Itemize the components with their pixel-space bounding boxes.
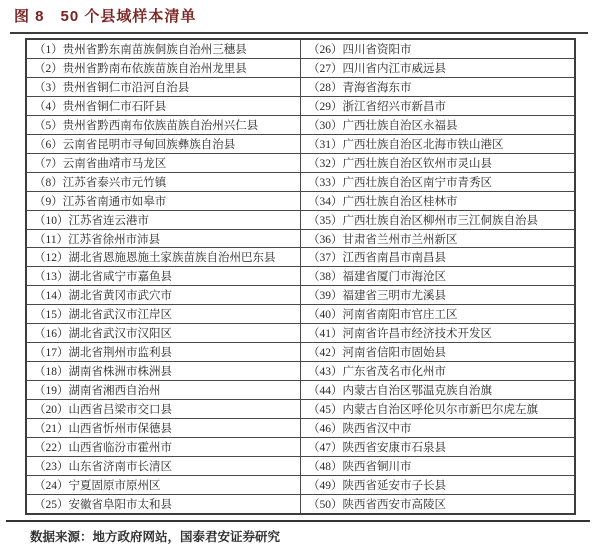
table-row: （18）湖南省株洲市株洲县（43）广东省茂名市化州市 (27, 362, 574, 381)
table-cell-right: （50）陕西省西安市高陵区 (301, 495, 574, 513)
figure-title: 图 8 50 个县域样本清单 (14, 5, 196, 26)
table-row: （12）湖北省恩施恩施土家族苗族自治州巴东县（37）江西省南昌市南昌县 (27, 248, 574, 267)
table-cell-left: （10）江苏省连云港市 (27, 211, 301, 229)
table-cell-right: （33）广西壮族自治区南宁市青秀区 (301, 173, 574, 191)
table-row: （10）江苏省连云港市（35）广西壮族自治区柳州市三江侗族自治县 (27, 211, 574, 230)
table-row: （4）贵州省铜仁市石阡县（29）浙江省绍兴市新昌市 (27, 97, 574, 116)
table-row: （3）贵州省铜仁市沿河自治县（28）青海省海东市 (27, 78, 574, 97)
table-cell-right: （27）四川省内江市威远县 (301, 59, 574, 77)
table-cell-right: （47）陕西省安康市石泉县 (301, 438, 574, 456)
table-cell-left: （8）江苏省泰兴市元竹镇 (27, 173, 301, 191)
table-cell-right: （49）陕西省延安市子长县 (301, 476, 574, 494)
table-cell-right: （39）福建省三明市尤溪县 (301, 286, 574, 304)
table-row: （19）湖南省湘西自治州（44）内蒙古自治区鄂温克族自治旗 (27, 381, 574, 400)
table-cell-left: （14）湖北省黄冈市武穴市 (27, 286, 301, 304)
table-row: （1）贵州省黔东南苗族侗族自治州三穗县（26）四川省资阳市 (27, 40, 574, 59)
table-cell-right: （34）广西壮族自治区桂林市 (301, 192, 574, 210)
table-row: （7）云南省曲靖市马龙区（32）广西壮族自治区钦州市灵山县 (27, 154, 574, 173)
table-cell-left: （5）贵州省黔西南布依族苗族自治州兴仁县 (27, 116, 301, 134)
table-cell-left: （11）江苏省徐州市沛县 (27, 230, 301, 248)
table-cell-right: （45）内蒙古自治区呼伦贝尔市新巴尔虎左旗 (301, 400, 574, 418)
table-row: （23）山东省济南市长清区（48）陕西省铜川市 (27, 457, 574, 476)
table-cell-left: （24）宁夏固原市原州区 (27, 476, 301, 494)
table-cell-left: （19）湖南省湘西自治州 (27, 381, 301, 399)
table-cell-left: （20）山西省吕梁市交口县 (27, 400, 301, 418)
table-cell-left: （6）云南省昆明市寻甸回族彝族自治县 (27, 135, 301, 153)
table-row: （11）江苏省徐州市沛县（36）甘肃省兰州市兰州新区 (27, 230, 574, 249)
table-cell-left: （16）湖北省武汉市汉阳区 (27, 324, 301, 342)
table-cell-left: （7）云南省曲靖市马龙区 (27, 154, 301, 172)
table-cell-left: （21）山西省忻州市保德县 (27, 419, 301, 437)
table-row: （13）湖北省咸宁市嘉鱼县（38）福建省厦门市海沧区 (27, 267, 574, 286)
table-cell-right: （48）陕西省铜川市 (301, 457, 574, 475)
table-cell-left: （12）湖北省恩施恩施土家族苗族自治州巴东县 (27, 248, 301, 266)
table-cell-left: （23）山东省济南市长清区 (27, 457, 301, 475)
table-cell-left: （17）湖北省荆州市监利县 (27, 343, 301, 361)
table-row: （8）江苏省泰兴市元竹镇（33）广西壮族自治区南宁市青秀区 (27, 173, 574, 192)
table-cell-left: （18）湖南省株洲市株洲县 (27, 362, 301, 380)
table-cell-right: （28）青海省海东市 (301, 78, 574, 96)
table-cell-right: （46）陕西省汉中市 (301, 419, 574, 437)
table-row: （5）贵州省黔西南布依族苗族自治州兴仁县（30）广西壮族自治区永福县 (27, 116, 574, 135)
table-cell-right: （30）广西壮族自治区永福县 (301, 116, 574, 134)
table-row: （9）江苏省南通市如皋市（34）广西壮族自治区桂林市 (27, 192, 574, 211)
table-cell-left: （22）山西省临汾市霍州市 (27, 438, 301, 456)
table-cell-left: （13）湖北省咸宁市嘉鱼县 (27, 267, 301, 285)
table-row: （6）云南省昆明市寻甸回族彝族自治县（31）广西壮族自治区北海市铁山港区 (27, 135, 574, 154)
table-row: （16）湖北省武汉市汉阳区（41）河南省许昌市经济技术开发区 (27, 324, 574, 343)
table-cell-right: （36）甘肃省兰州市兰州新区 (301, 230, 574, 248)
table-row: （22）山西省临汾市霍州市（47）陕西省安康市石泉县 (27, 438, 574, 457)
table-cell-right: （29）浙江省绍兴市新昌市 (301, 97, 574, 115)
table-cell-right: （41）河南省许昌市经济技术开发区 (301, 324, 574, 342)
table-row: （25）安徽省阜阳市太和县（50）陕西省西安市高陵区 (27, 495, 574, 513)
table-row: （21）山西省忻州市保德县（46）陕西省汉中市 (27, 419, 574, 438)
table-cell-right: （38）福建省厦门市海沧区 (301, 267, 574, 285)
table-cell-right: （35）广西壮族自治区柳州市三江侗族自治县 (301, 211, 574, 229)
table-row: （17）湖北省荆州市监利县（42）河南省信阳市固始县 (27, 343, 574, 362)
table-row: （14）湖北省黄冈市武穴市（39）福建省三明市尤溪县 (27, 286, 574, 305)
table-cell-right: （44）内蒙古自治区鄂温克族自治旗 (301, 381, 574, 399)
table-row: （24）宁夏固原市原州区（49）陕西省延安市子长县 (27, 476, 574, 495)
source-note: 数据来源：地方政府网站，国泰君安证券研究 (30, 527, 280, 545)
table-cell-left: （25）安徽省阜阳市太和县 (27, 495, 301, 513)
table-cell-left: （15）湖北省武汉市江岸区 (27, 305, 301, 323)
table-cell-right: （31）广西壮族自治区北海市铁山港区 (301, 135, 574, 153)
table-cell-right: （37）江西省南昌市南昌县 (301, 248, 574, 266)
table-cell-right: （42）河南省信阳市固始县 (301, 343, 574, 361)
table-cell-left: （2）贵州省黔南布依族苗族自治州龙里县 (27, 59, 301, 77)
table-cell-left: （3）贵州省铜仁市沿河自治县 (27, 78, 301, 96)
table-cell-right: （43）广东省茂名市化州市 (301, 362, 574, 380)
table-cell-right: （26）四川省资阳市 (301, 40, 574, 58)
table-row: （20）山西省吕梁市交口县（45）内蒙古自治区呼伦贝尔市新巴尔虎左旗 (27, 400, 574, 419)
table-row: （2）贵州省黔南布依族苗族自治州龙里县（27）四川省内江市威远县 (27, 59, 574, 78)
top-divider (10, 32, 588, 34)
table-cell-left: （9）江苏省南通市如皋市 (27, 192, 301, 210)
table-cell-right: （40）河南省南阳市官庄工区 (301, 305, 574, 323)
sample-table: （1）贵州省黔东南苗族侗族自治州三穗县（26）四川省资阳市（2）贵州省黔南布依族… (25, 38, 576, 515)
table-cell-left: （4）贵州省铜仁市石阡县 (27, 97, 301, 115)
bottom-divider (6, 520, 590, 522)
table-cell-right: （32）广西壮族自治区钦州市灵山县 (301, 154, 574, 172)
table-cell-left: （1）贵州省黔东南苗族侗族自治州三穗县 (27, 40, 301, 58)
table-row: （15）湖北省武汉市江岸区（40）河南省南阳市官庄工区 (27, 305, 574, 324)
report-figure: 图 8 50 个县域样本清单 （1）贵州省黔东南苗族侗族自治州三穗县（26）四川… (0, 0, 600, 553)
